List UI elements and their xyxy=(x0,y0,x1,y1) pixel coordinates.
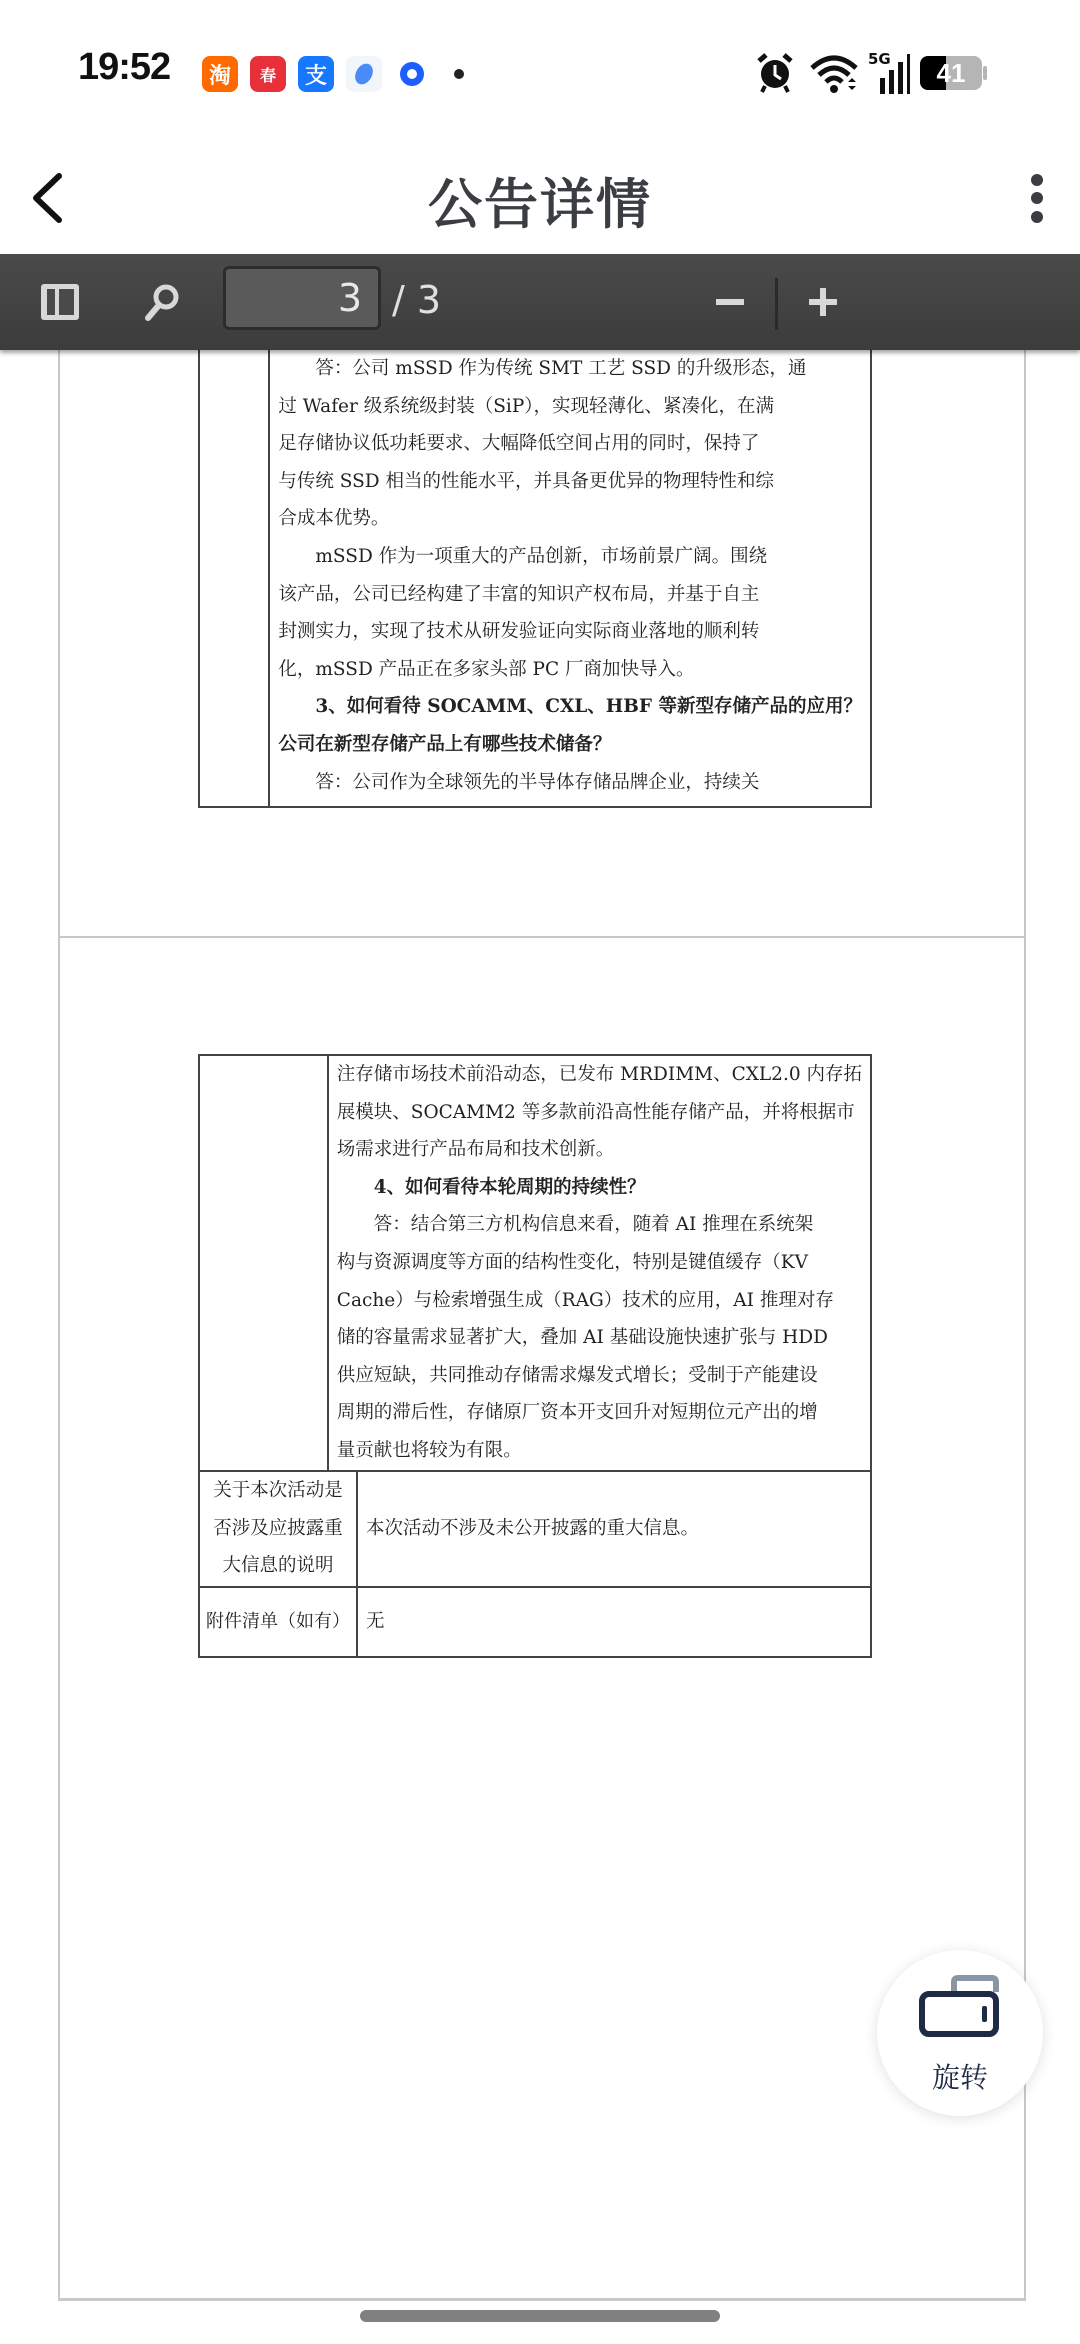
page-total-label: / 3 xyxy=(392,272,441,328)
text-line: 答：公司 mSSD 作为传统 SMT 工艺 SSD 的升级形态，通 xyxy=(278,350,862,388)
question-heading: 3、如何看待 SOCAMM、CXL、HBF 等新型存储产品的应用？ xyxy=(278,688,862,726)
pdf-page-2: 答：公司 mSSD 作为传统 SMT 工艺 SSD 的升级形态，通 过 Wafe… xyxy=(58,350,1026,939)
status-time: 19:52 xyxy=(78,46,170,89)
plus-icon xyxy=(803,282,843,322)
more-options-button[interactable] xyxy=(1012,162,1062,232)
table-row: 注存储市场技术前沿动态，已发布 MRDIMM、CXL2.0 内存拓 展模块、SO… xyxy=(200,1056,870,1472)
rotate-device-icon xyxy=(918,1972,1002,2042)
attachment-label: 附件清单（如有） xyxy=(200,1603,356,1641)
text-line: 与传统 SSD 相当的性能水平，并具备更优异的物理特性和综 xyxy=(278,463,862,501)
label-line: 大信息的说明 xyxy=(200,1547,356,1585)
alarm-icon xyxy=(755,52,795,94)
home-indicator[interactable] xyxy=(360,2310,720,2322)
text-line: 储的容量需求显著扩大，叠加 AI 基础设施快速扩张与 HDD xyxy=(337,1319,862,1357)
text-line: 场需求进行产品布局和技术创新。 xyxy=(337,1131,862,1169)
text-line: 答：结合第三方机构信息来看，随着 AI 推理在系统架 xyxy=(337,1206,862,1244)
more-dot-icon xyxy=(1031,192,1043,204)
table-content-cell: 答：公司 mSSD 作为传统 SMT 工艺 SSD 的升级形态，通 过 Wafe… xyxy=(270,350,870,806)
document-table: 答：公司 mSSD 作为传统 SMT 工艺 SSD 的升级形态，通 过 Wafe… xyxy=(198,350,872,808)
text-line: 构与资源调度等方面的结构性变化，特别是键值缓存（KV xyxy=(337,1244,862,1282)
text-line: 量贡献也将较为有限。 xyxy=(337,1432,862,1470)
disclosure-label-cell: 关于本次活动是 否涉及应披露重 大信息的说明 xyxy=(200,1472,358,1586)
attachment-label-cell: 附件清单（如有） xyxy=(200,1588,358,1656)
text-line: 周期的滞后性，存储原厂资本开支回升对短期位元产出的增 xyxy=(337,1394,862,1432)
text-line: 注存储市场技术前沿动态，已发布 MRDIMM、CXL2.0 内存拓 xyxy=(337,1056,862,1094)
page-title: 公告详情 xyxy=(0,162,1080,239)
toolbar-separator xyxy=(775,278,778,330)
taobao-icon: 淘 xyxy=(202,56,238,92)
zoom-in-button[interactable] xyxy=(798,274,848,330)
table-row-attachments: 附件清单（如有） 无 xyxy=(200,1588,870,1656)
text-line: mSSD 作为一项重大的产品创新，市场前景广阔。围绕 xyxy=(278,538,862,576)
question-heading: 公司在新型存储产品上有哪些技术储备？ xyxy=(278,726,862,764)
text-line: 过 Wafer 级系统级封装（SiP），实现轻薄化、紧凑化，在满 xyxy=(278,388,862,426)
browser-icon xyxy=(346,56,382,92)
rotate-label: 旋转 xyxy=(877,2056,1043,2096)
text-line: 封测实力，实现了技术从研发验证向实际商业落地的顺利转 xyxy=(278,613,862,651)
sidebar-toggle-button[interactable] xyxy=(30,274,90,330)
attachment-value-cell: 无 xyxy=(358,1588,870,1656)
more-notifications-dot xyxy=(454,69,464,79)
festival-app-icon: 春 xyxy=(250,56,286,92)
label-line: 关于本次活动是 xyxy=(200,1472,356,1510)
table-label-cell xyxy=(200,1056,329,1470)
text-line: 合成本优势。 xyxy=(278,500,862,538)
signal-icon xyxy=(870,54,910,94)
pdf-page-3: 注存储市场技术前沿动态，已发布 MRDIMM、CXL2.0 内存拓 展模块、SO… xyxy=(58,936,1026,2301)
attachment-value: 无 xyxy=(366,1603,385,1641)
text-line: Cache）与检索增强生成（RAG）技术的应用，AI 推理对存 xyxy=(337,1282,862,1320)
app-header: 公告详情 xyxy=(0,140,1080,254)
table-row: 答：公司 mSSD 作为传统 SMT 工艺 SSD 的升级形态，通 过 Wafe… xyxy=(200,350,870,806)
more-dot-icon xyxy=(1031,211,1043,223)
disclosure-value: 本次活动不涉及未公开披露的重大信息。 xyxy=(366,1510,699,1548)
question-heading: 4、如何看待本轮周期的持续性？ xyxy=(337,1169,862,1207)
alipay-icon: 支 xyxy=(298,56,334,92)
text-line: 展模块、SOCAMM2 等多款前沿高性能存储产品，并将根据市 xyxy=(337,1094,862,1132)
more-dot-icon xyxy=(1031,174,1043,186)
status-bar: 19:52 淘 春 支 5G 41 xyxy=(0,0,1080,140)
search-icon xyxy=(140,280,184,324)
messenger-icon xyxy=(394,56,430,92)
table-row-disclosure: 关于本次活动是 否涉及应披露重 大信息的说明 本次活动不涉及未公开披露的重大信息… xyxy=(200,1472,870,1588)
text-line: 供应短缺，共同推动存储需求爆发式增长；受制于产能建设 xyxy=(337,1357,862,1395)
document-table: 注存储市场技术前沿动态，已发布 MRDIMM、CXL2.0 内存拓 展模块、SO… xyxy=(198,1054,872,1658)
table-content-cell: 注存储市场技术前沿动态，已发布 MRDIMM、CXL2.0 内存拓 展模块、SO… xyxy=(329,1056,870,1470)
sidebar-icon xyxy=(38,280,82,324)
zoom-out-button[interactable] xyxy=(705,274,755,330)
rotate-button[interactable]: 旋转 xyxy=(877,1950,1043,2116)
text-line: 足存储协议低功耗要求、大幅降低空间占用的同时，保持了 xyxy=(278,425,862,463)
disclosure-value-cell: 本次活动不涉及未公开披露的重大信息。 xyxy=(358,1472,870,1586)
wifi-icon xyxy=(808,54,860,94)
page-number-input[interactable]: 3 xyxy=(223,266,381,330)
label-line: 否涉及应披露重 xyxy=(200,1510,356,1548)
battery-icon: 41 xyxy=(920,56,982,90)
system-status-icons: 5G 41 xyxy=(740,50,1080,96)
text-line: 化，mSSD 产品正在多家头部 PC 厂商加快导入。 xyxy=(278,651,862,689)
battery-tip xyxy=(983,66,987,80)
minus-icon xyxy=(710,282,750,322)
search-button[interactable] xyxy=(132,274,192,330)
text-line: 该产品，公司已经构建了丰富的知识产权布局，并基于自主 xyxy=(278,576,862,614)
table-label-cell xyxy=(200,350,270,806)
text-line: 答：公司作为全球领先的半导体存储品牌企业，持续关 xyxy=(278,764,862,802)
pdf-toolbar: 3 / 3 xyxy=(0,254,1080,350)
